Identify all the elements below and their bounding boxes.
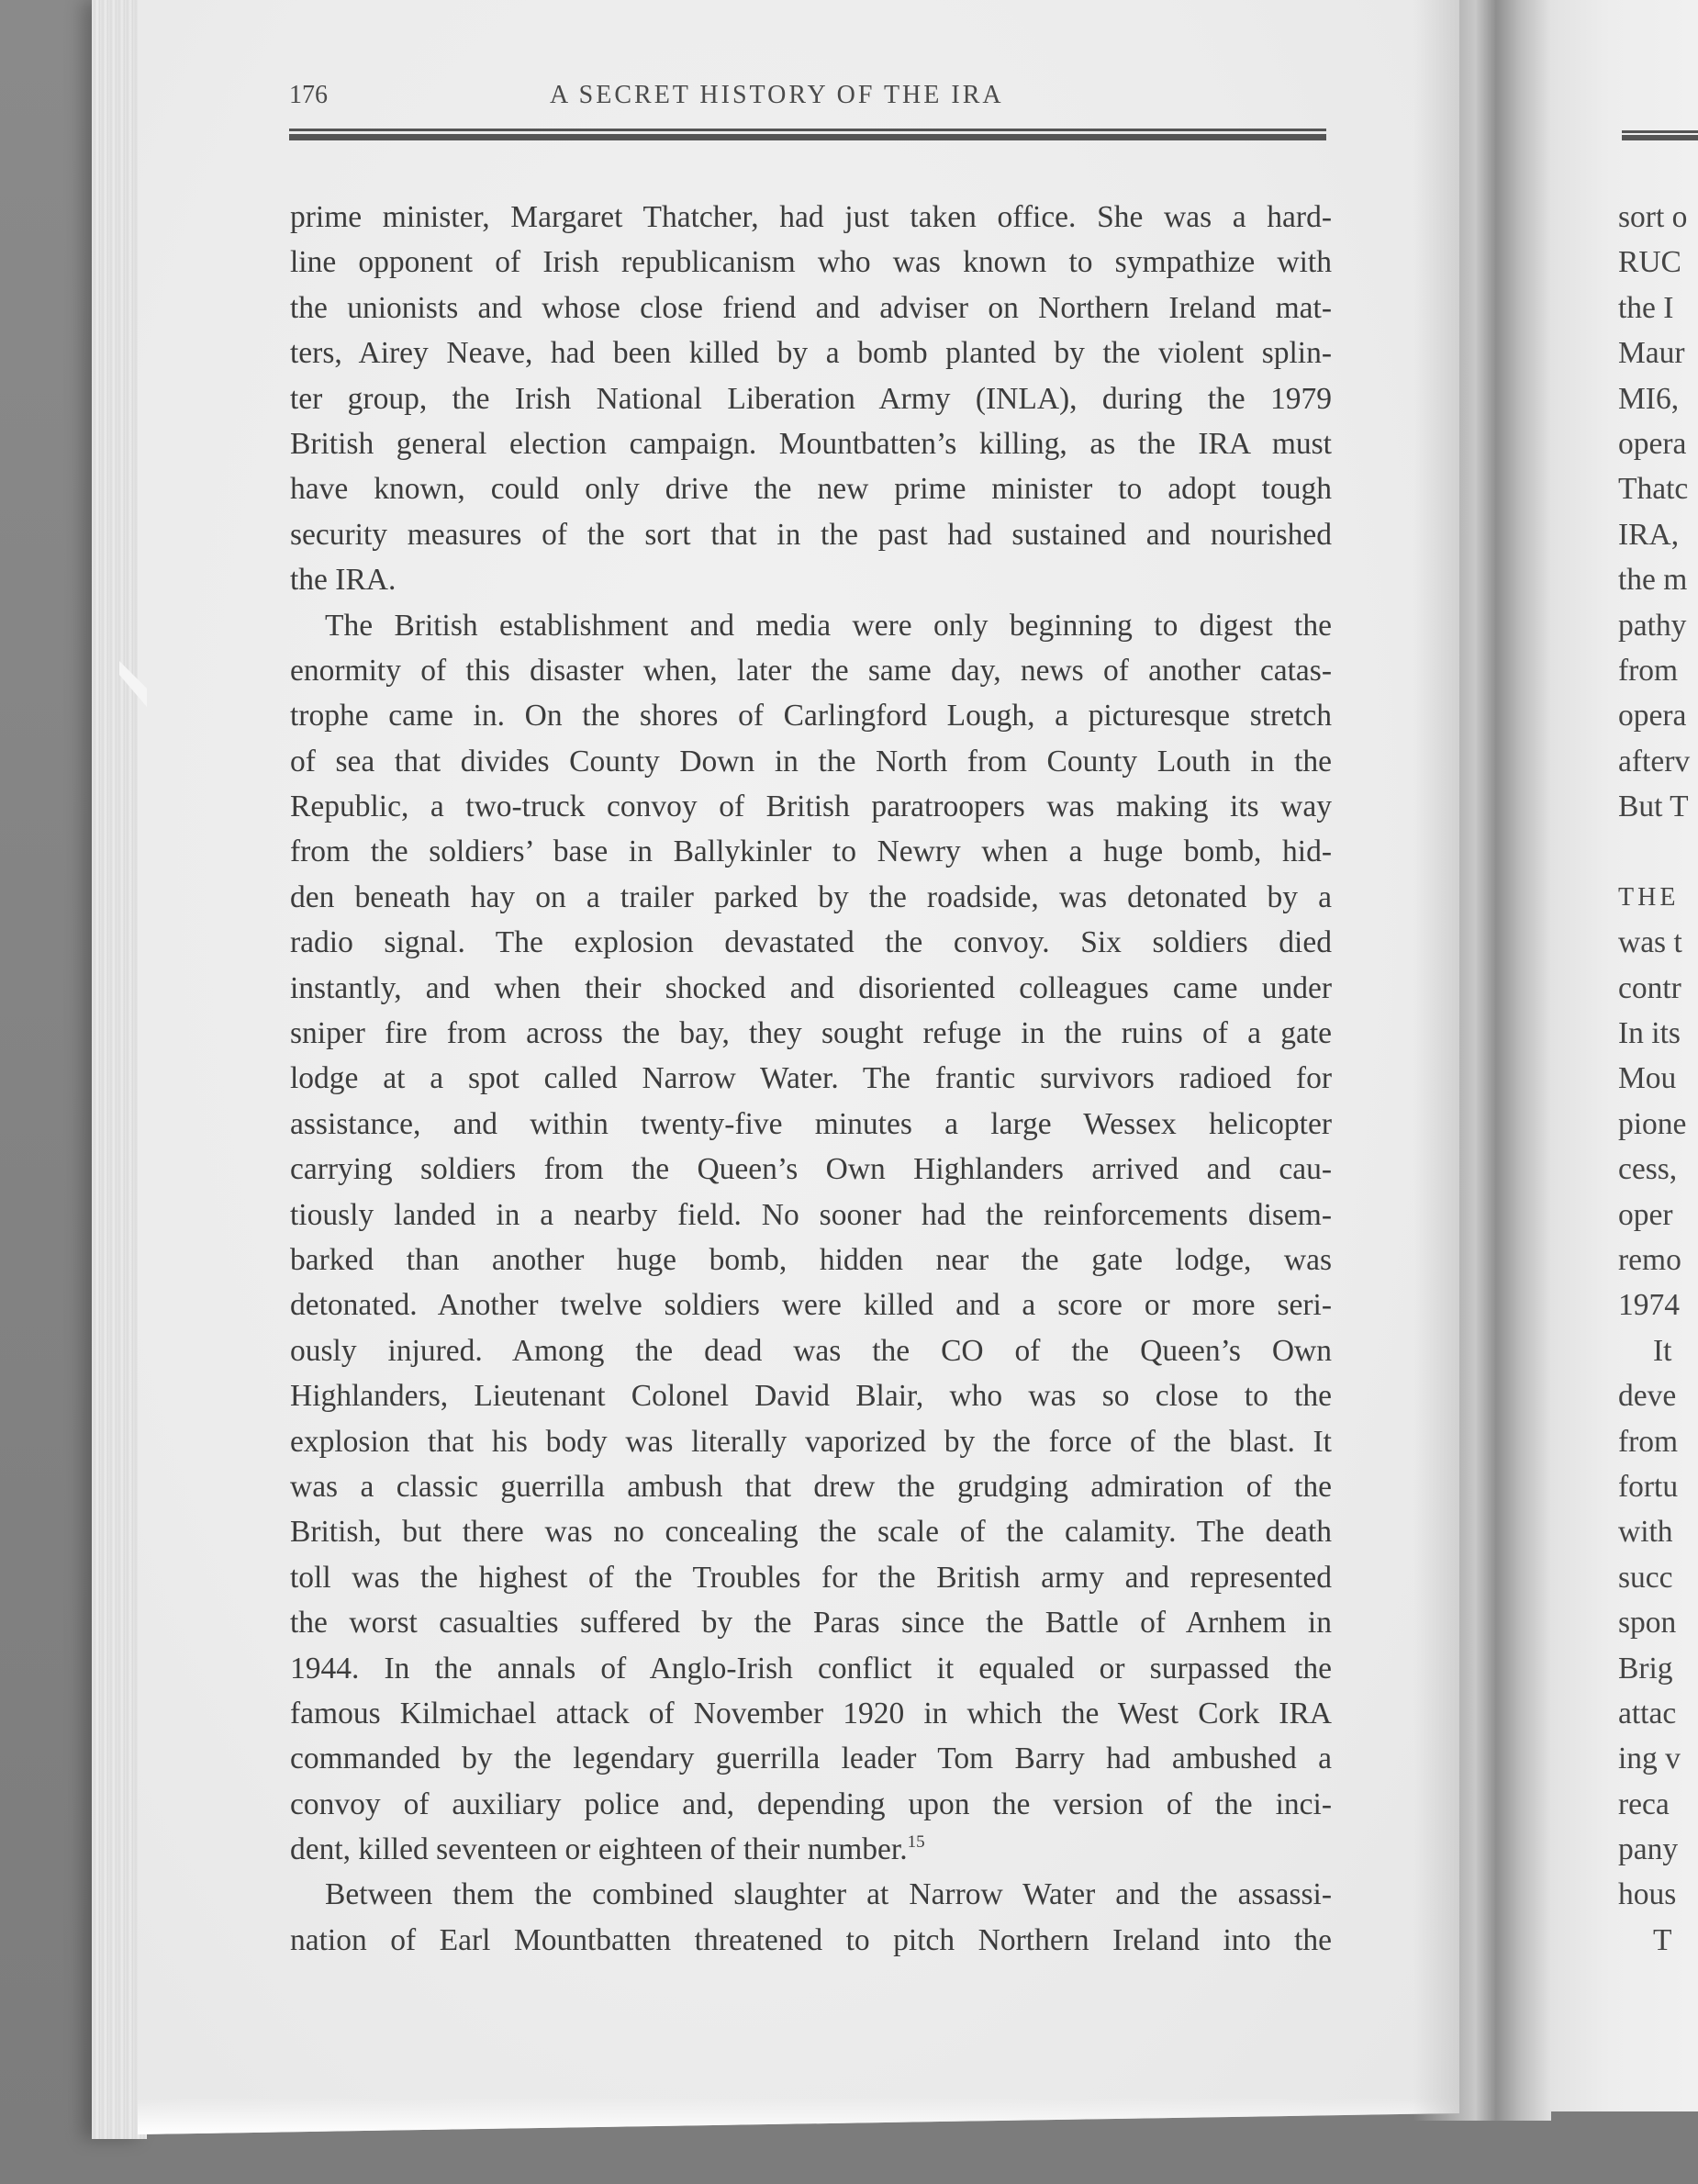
line-text: security measures of the sort that in th…	[290, 518, 1332, 552]
cropped-text-line: afterv	[1618, 739, 1698, 784]
text-line: Highlanders, Lieutenant Colonel David Bl…	[290, 1373, 1332, 1418]
line-text: the IRA.	[290, 563, 396, 597]
cropped-text-line: Thatc	[1618, 466, 1698, 511]
cropped-text-line: THE	[1618, 875, 1698, 920]
book-gutter-shadow	[1413, 0, 1551, 2121]
line-text: with	[1618, 1515, 1673, 1549]
cropped-text-line: attac	[1618, 1691, 1698, 1736]
cropped-text-line: the I	[1618, 286, 1698, 330]
text-line: line opponent of Irish republicanism who…	[290, 240, 1332, 285]
text-line: the worst casualties suffered by the Par…	[290, 1600, 1332, 1645]
line-text: It	[1653, 1334, 1671, 1368]
line-text: British general election campaign. Mount…	[290, 427, 1332, 461]
cropped-text-line: IRA,	[1618, 512, 1698, 557]
line-text: Republic, a two-truck convoy of British …	[290, 790, 1332, 823]
text-line: den beneath hay on a trailer parked by t…	[290, 875, 1332, 920]
line-text: radio signal. The explosion devastated t…	[290, 925, 1332, 959]
line-text: pione	[1618, 1107, 1686, 1141]
line-text: trophe came in. On the shores of Carling…	[290, 699, 1332, 733]
text-line: assistance, and within twenty-five minut…	[290, 1102, 1332, 1147]
line-text: 1974	[1618, 1288, 1680, 1322]
line-text: toll was the highest of the Troubles for…	[290, 1561, 1332, 1595]
line-text: reca	[1618, 1787, 1670, 1821]
header-rule-thick	[289, 134, 1326, 140]
line-text: 1944. In the annals of Anglo-Irish confl…	[290, 1652, 1332, 1686]
text-line: was a classic guerrilla ambush that drew…	[290, 1464, 1332, 1509]
text-line: from the soldiers’ base in Ballykinler t…	[290, 829, 1332, 874]
line-text: T	[1653, 1923, 1671, 1957]
cropped-text-line: fortu	[1618, 1464, 1698, 1509]
line-text: convoy of auxiliary police and, dependin…	[290, 1787, 1332, 1821]
cropped-text-line: RUC	[1618, 240, 1698, 285]
line-text: The British establishment and media were…	[325, 609, 1332, 643]
text-line: trophe came in. On the shores of Carling…	[290, 693, 1332, 738]
text-line: commanded by the legendary guerrilla lea…	[290, 1736, 1332, 1781]
cropped-text-line: MI6,	[1618, 376, 1698, 421]
line-text: contr	[1618, 971, 1681, 1005]
text-line: of sea that divides County Down in the N…	[290, 739, 1332, 784]
text-line: ter group, the Irish National Liberation…	[290, 376, 1332, 421]
line-text: opera	[1618, 699, 1686, 733]
line-text: sort o	[1618, 200, 1687, 234]
line-text: from	[1618, 1425, 1678, 1459]
line-text: have known, could only drive the new pri…	[290, 472, 1332, 506]
line-text: Mou	[1618, 1061, 1676, 1095]
cropped-text-line: opera	[1618, 693, 1698, 738]
line-text: IRA,	[1618, 518, 1679, 552]
cropped-text-line: opera	[1618, 421, 1698, 466]
cropped-text-line: deve	[1618, 1373, 1698, 1418]
text-line: British, but there was no concealing the…	[290, 1509, 1332, 1554]
left-page-body-text: prime minister, Margaret Thatcher, had j…	[290, 195, 1332, 1963]
text-line: detonated. Another twelve soldiers were …	[290, 1282, 1332, 1327]
line-text: from the soldiers’ base in Ballykinler t…	[290, 834, 1332, 868]
line-text: lodge at a spot called Narrow Water. The…	[290, 1061, 1332, 1095]
text-line: ously injured. Among the dead was the CO…	[290, 1328, 1332, 1373]
line-text: In its	[1618, 1016, 1681, 1050]
line-text: assistance, and within twenty-five minut…	[290, 1107, 1332, 1141]
line-text: prime minister, Margaret Thatcher, had j…	[290, 200, 1332, 234]
cropped-text-line: Brig	[1618, 1646, 1698, 1691]
line-text: barked than another huge bomb, hidden ne…	[290, 1243, 1332, 1277]
cropped-text-line: T	[1618, 1918, 1698, 1963]
text-line: British general election campaign. Mount…	[290, 421, 1332, 466]
line-text: But T	[1618, 790, 1689, 823]
line-text: commanded by the legendary guerrilla lea…	[290, 1742, 1332, 1775]
text-line: security measures of the sort that in th…	[290, 512, 1332, 557]
line-text: pany	[1618, 1832, 1678, 1866]
cropped-text-line: sort o	[1618, 195, 1698, 240]
line-text: the worst casualties suffered by the Par…	[290, 1606, 1332, 1640]
text-line: The British establishment and media were…	[290, 603, 1332, 648]
text-line: instantly, and when their shocked and di…	[290, 966, 1332, 1011]
text-line: nation of Earl Mountbatten threatened to…	[290, 1918, 1332, 1963]
cropped-text-line	[1618, 829, 1698, 874]
line-text: famous Kilmichael attack of November 192…	[290, 1697, 1332, 1730]
cropped-text-line: the m	[1618, 557, 1698, 602]
cropped-text-line: pany	[1618, 1827, 1698, 1872]
cropped-text-line: reca	[1618, 1782, 1698, 1827]
cropped-text-line: Mou	[1618, 1056, 1698, 1101]
text-line: sniper fire from across the bay, they so…	[290, 1011, 1332, 1056]
cropped-text-line: 1974	[1618, 1282, 1698, 1327]
line-text: line opponent of Irish republicanism who…	[290, 245, 1332, 279]
text-line: enormity of this disaster when, later th…	[290, 648, 1332, 693]
text-line: famous Kilmichael attack of November 192…	[290, 1691, 1332, 1736]
text-line: Republic, a two-truck convoy of British …	[290, 784, 1332, 829]
line-text: deve	[1618, 1379, 1676, 1413]
right-page-header-rule-thick	[1622, 135, 1698, 140]
cropped-text-line: succ	[1618, 1555, 1698, 1600]
line-text: afterv	[1618, 745, 1690, 778]
line-text: THE	[1618, 883, 1679, 912]
line-text: oper	[1618, 1198, 1673, 1232]
cropped-text-line: hous	[1618, 1872, 1698, 1917]
footnote-marker: 15	[908, 1832, 925, 1852]
text-line: dent, killed seventeen or eighteen of th…	[290, 1827, 1332, 1872]
page-number: 176	[289, 81, 328, 110]
line-text: of sea that divides County Down in the N…	[290, 745, 1332, 778]
text-line: convoy of auxiliary police and, dependin…	[290, 1782, 1332, 1827]
cropped-text-line: Maur	[1618, 330, 1698, 375]
cropped-text-line: cess,	[1618, 1147, 1698, 1192]
line-text: remo	[1618, 1243, 1681, 1277]
text-line: toll was the highest of the Troubles for…	[290, 1555, 1332, 1600]
line-text: pathy	[1618, 609, 1686, 643]
text-line: tiously landed in a nearby field. No soo…	[290, 1193, 1332, 1238]
text-line: 1944. In the annals of Anglo-Irish confl…	[290, 1646, 1332, 1691]
line-text: nation of Earl Mountbatten threatened to…	[290, 1923, 1332, 1957]
line-text: tiously landed in a nearby field. No soo…	[290, 1198, 1332, 1232]
line-text: dent, killed seventeen or eighteen of th…	[290, 1832, 908, 1866]
cropped-text-line: contr	[1618, 966, 1698, 1011]
line-text: Maur	[1618, 336, 1685, 370]
line-text: Between them the combined slaughter at N…	[325, 1877, 1332, 1911]
line-text: the I	[1618, 291, 1673, 325]
text-line: lodge at a spot called Narrow Water. The…	[290, 1056, 1332, 1101]
line-text: attac	[1618, 1697, 1676, 1730]
cropped-text-line: pathy	[1618, 603, 1698, 648]
cropped-text-line: remo	[1618, 1238, 1698, 1282]
line-text: instantly, and when their shocked and di…	[290, 971, 1332, 1005]
line-text: carrying soldiers from the Queen’s Own H…	[290, 1152, 1332, 1186]
cropped-text-line: spon	[1618, 1600, 1698, 1645]
cropped-text-line: with	[1618, 1509, 1698, 1554]
line-text: MI6,	[1618, 382, 1679, 416]
cropped-text-line: ing v	[1618, 1736, 1698, 1781]
text-line: carrying soldiers from the Queen’s Own H…	[290, 1147, 1332, 1192]
line-text: den beneath hay on a trailer parked by t…	[290, 880, 1332, 914]
line-text: ters, Airey Neave, had been killed by a …	[290, 336, 1332, 370]
right-page-header-rule-thin	[1622, 130, 1698, 133]
line-text: the unionists and whose close friend and…	[290, 291, 1332, 325]
line-text: enormity of this disaster when, later th…	[290, 654, 1332, 688]
line-text: sniper fire from across the bay, they so…	[290, 1016, 1332, 1050]
line-text: cess,	[1618, 1152, 1677, 1186]
line-text: Brig	[1618, 1652, 1673, 1686]
line-text: the m	[1618, 563, 1687, 597]
running-header: 176 A SECRET HISTORY OF THE IRA	[289, 81, 1326, 118]
text-line: ters, Airey Neave, had been killed by a …	[290, 330, 1332, 375]
right-page-body-text-cropped: sort oRUCthe IMaurMI6,operaThatcIRA,the …	[1618, 195, 1698, 1963]
cropped-text-line: In its	[1618, 1011, 1698, 1056]
text-line: have known, could only drive the new pri…	[290, 466, 1332, 511]
cropped-text-line: pione	[1618, 1102, 1698, 1147]
cropped-text-line: It	[1618, 1328, 1698, 1373]
cropped-text-line: from	[1618, 648, 1698, 693]
text-line: explosion that his body was literally va…	[290, 1419, 1332, 1464]
header-rule-thin	[289, 129, 1326, 131]
text-line: the IRA.	[290, 557, 1332, 602]
text-line: the unionists and whose close friend and…	[290, 286, 1332, 330]
cropped-text-line: oper	[1618, 1193, 1698, 1238]
text-line: Between them the combined slaughter at N…	[290, 1872, 1332, 1917]
line-text: succ	[1618, 1561, 1673, 1595]
line-text: RUC	[1618, 245, 1681, 279]
line-text: ter group, the Irish National Liberation…	[290, 382, 1332, 416]
line-text: ously injured. Among the dead was the CO…	[290, 1334, 1332, 1368]
text-line: barked than another huge bomb, hidden ne…	[290, 1238, 1332, 1282]
line-text: Thatc	[1618, 472, 1688, 506]
line-text: ing v	[1618, 1742, 1681, 1775]
line-text: spon	[1618, 1606, 1676, 1640]
cropped-text-line: But T	[1618, 784, 1698, 829]
line-text: British, but there was no concealing the…	[290, 1515, 1332, 1549]
line-text: explosion that his body was literally va…	[290, 1425, 1332, 1459]
line-text: was t	[1618, 925, 1682, 959]
cropped-text-line: from	[1618, 1419, 1698, 1464]
text-line: radio signal. The explosion devastated t…	[290, 920, 1332, 965]
line-text: detonated. Another twelve soldiers were …	[290, 1288, 1332, 1322]
line-text: Highlanders, Lieutenant Colonel David Bl…	[290, 1379, 1332, 1413]
line-text: was a classic guerrilla ambush that drew…	[290, 1470, 1332, 1504]
line-text: from	[1618, 654, 1678, 688]
text-line: prime minister, Margaret Thatcher, had j…	[290, 195, 1332, 240]
cropped-text-line: was t	[1618, 920, 1698, 965]
line-text: hous	[1618, 1877, 1676, 1911]
running-title: A SECRET HISTORY OF THE IRA	[550, 81, 1004, 110]
line-text: fortu	[1618, 1470, 1678, 1504]
line-text: opera	[1618, 427, 1686, 461]
